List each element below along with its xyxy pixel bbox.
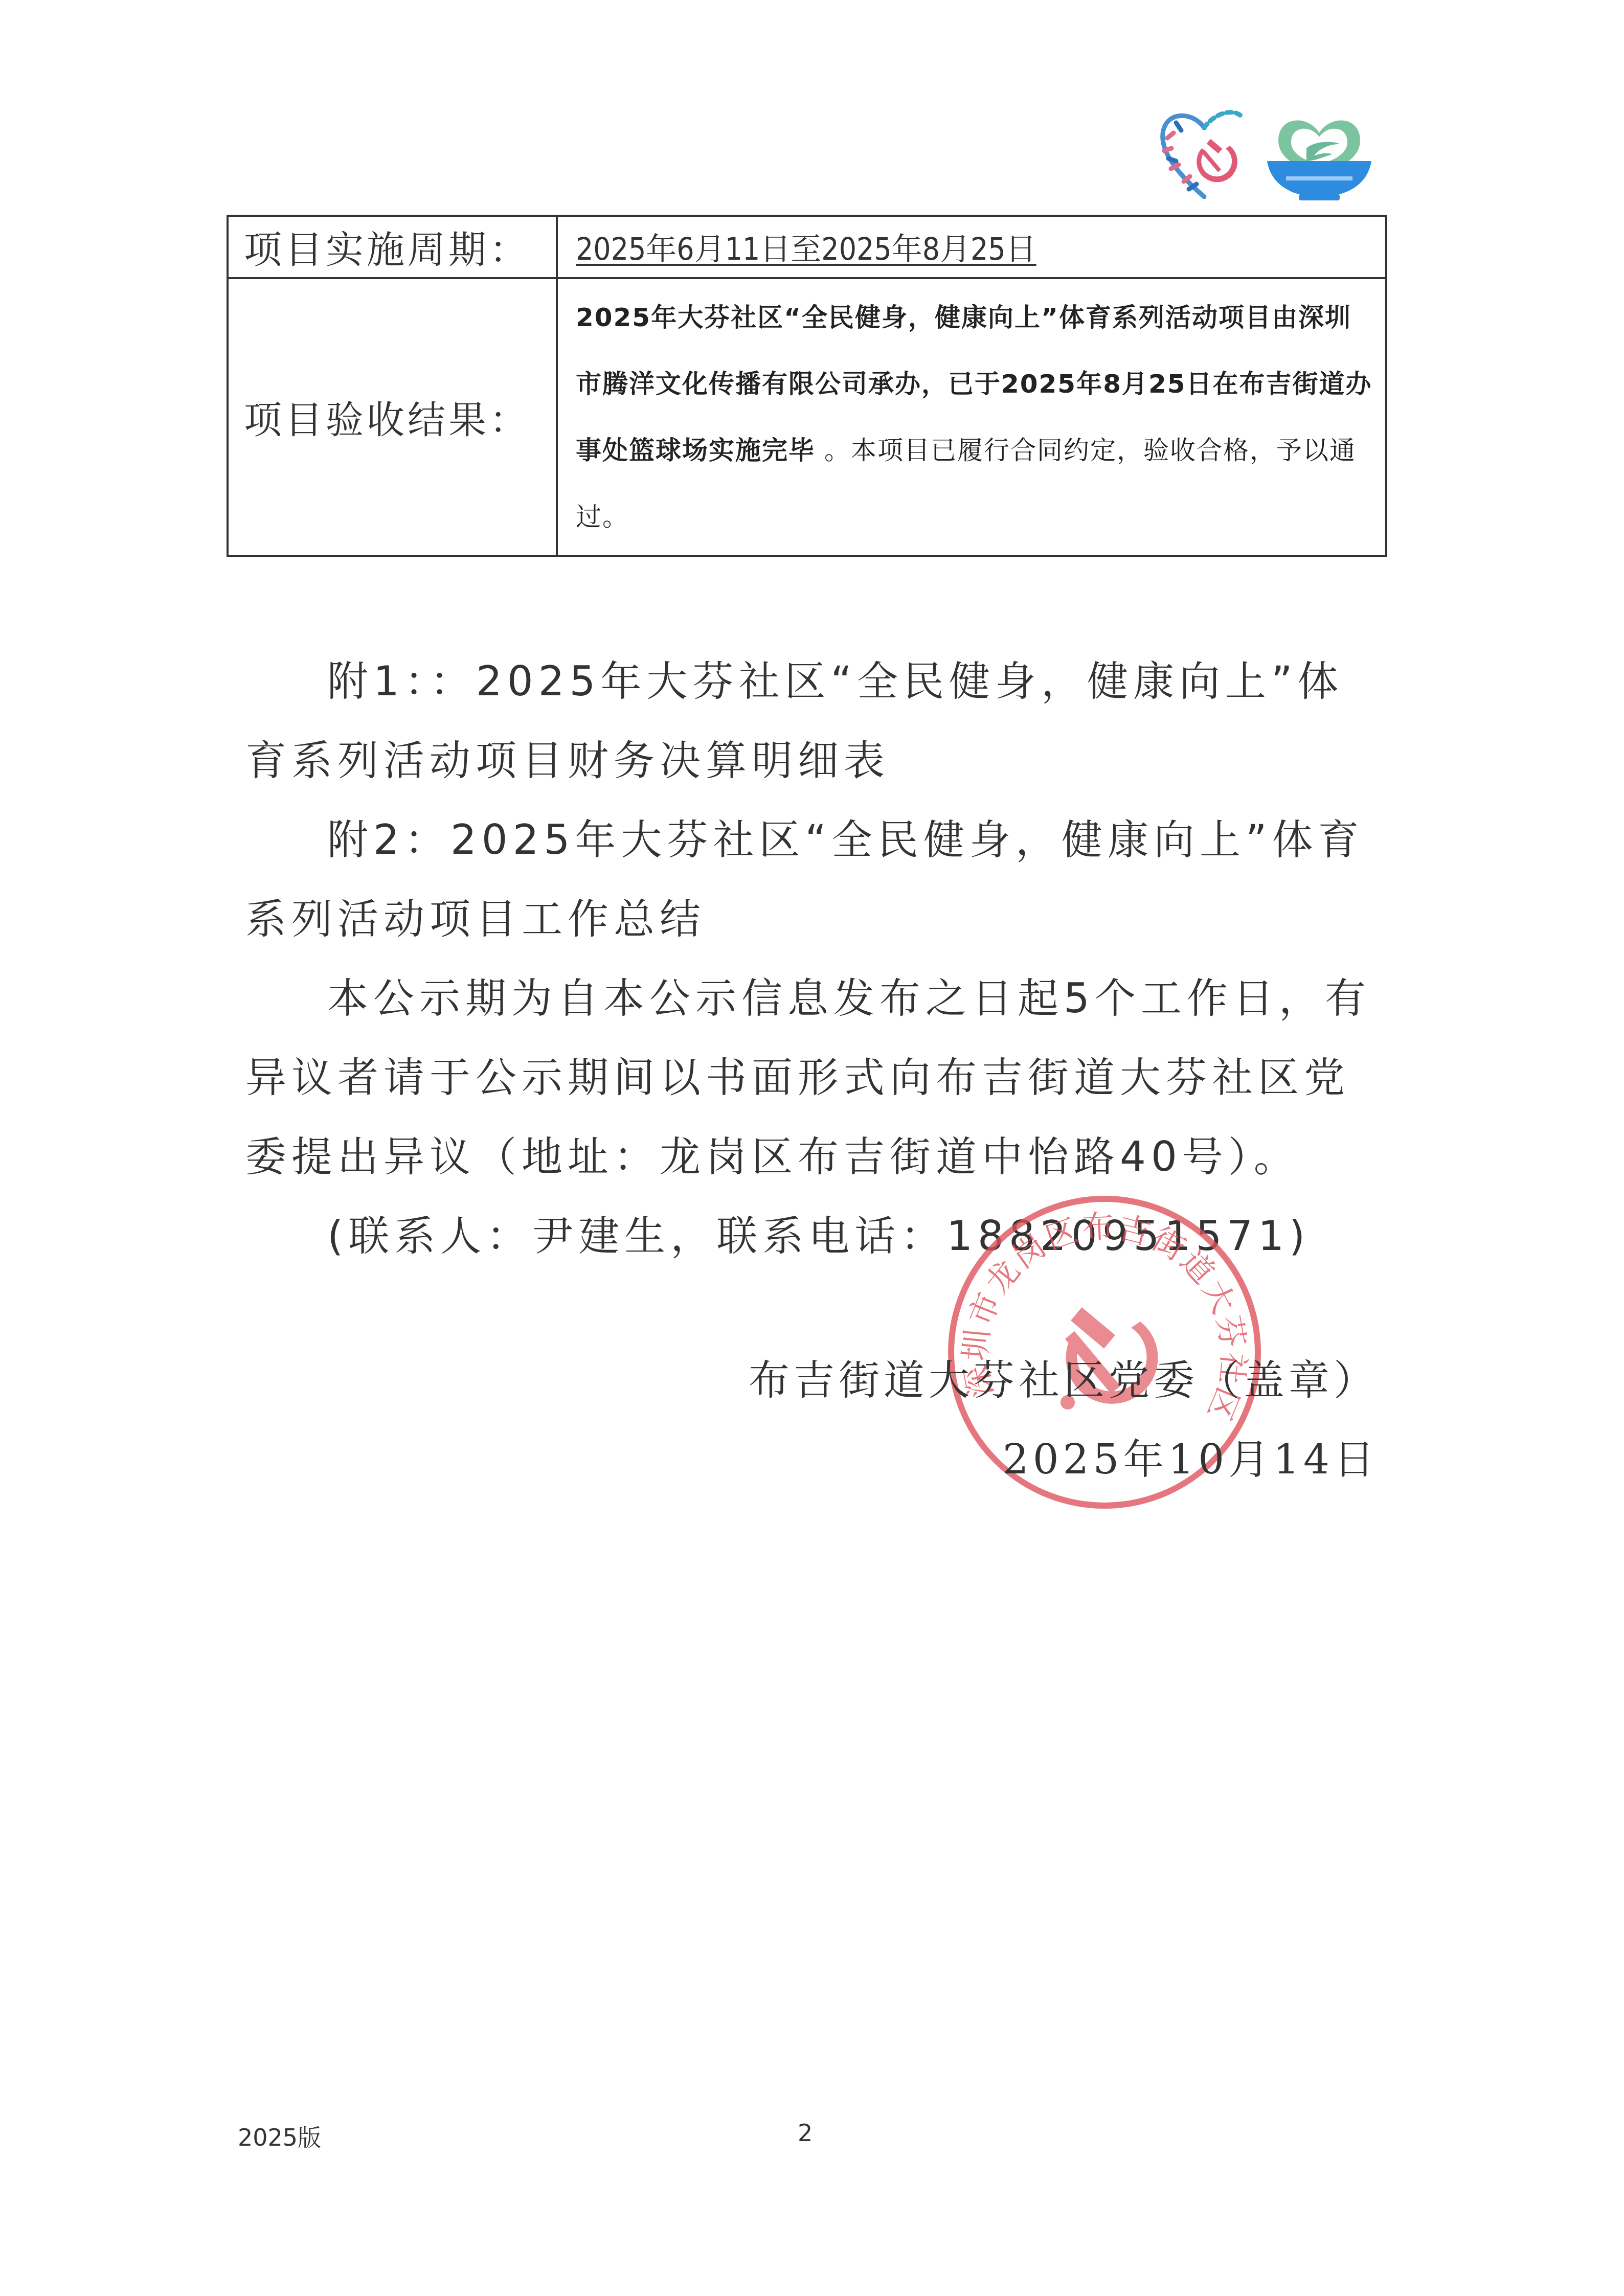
party-heart-logo-icon — [1153, 107, 1255, 202]
notice-body: 附1：：2025年大芬社区“全民健身，健康向上”体育系列活动项目财务决算明细表 … — [245, 642, 1381, 1276]
footer-version: 2025版 — [238, 2119, 321, 2153]
header-logos — [1153, 102, 1388, 204]
community-heart-logo-icon — [1263, 112, 1375, 202]
project-info-table: 项目实施周期： 2025年6月11日至2025年8月25日 项目验收结果： 20… — [227, 215, 1387, 557]
period-value: 2025年6月11日至2025年8月25日 — [576, 232, 1036, 267]
attachment-2: 附2：2025年大芬社区“全民健身，健康向上”体育系列活动项目工作总结 — [245, 800, 1381, 959]
signature-org: 布吉街道大芬社区党委（盖章） — [749, 1347, 1379, 1406]
result-label: 项目验收结果： — [228, 278, 557, 556]
period-value-cell: 2025年6月11日至2025年8月25日 — [557, 216, 1386, 278]
table-row-result: 项目验收结果： 2025年大芬社区“全民健身，健康向上”体育系列活动项目由深圳市… — [228, 278, 1386, 556]
signature-date: 2025年10月14日 — [1003, 1426, 1379, 1485]
attachment-1: 附1：：2025年大芬社区“全民健身，健康向上”体育系列活动项目财务决算明细表 — [245, 642, 1381, 800]
result-value: 2025年大芬社区“全民健身，健康向上”体育系列活动项目由深圳市腾洋文化传播有限… — [576, 284, 1375, 550]
period-label: 项目实施周期： — [228, 216, 557, 278]
notice-paragraph: 本公示期为自本公示信息发布之日起5个工作日，有异议者请于公示期间以书面形式向布吉… — [245, 959, 1381, 1196]
table-row-period: 项目实施周期： 2025年6月11日至2025年8月25日 — [228, 216, 1386, 278]
page-number: 2 — [798, 2119, 813, 2147]
result-value-cell: 2025年大芬社区“全民健身，健康向上”体育系列活动项目由深圳市腾洋文化传播有限… — [557, 278, 1386, 556]
